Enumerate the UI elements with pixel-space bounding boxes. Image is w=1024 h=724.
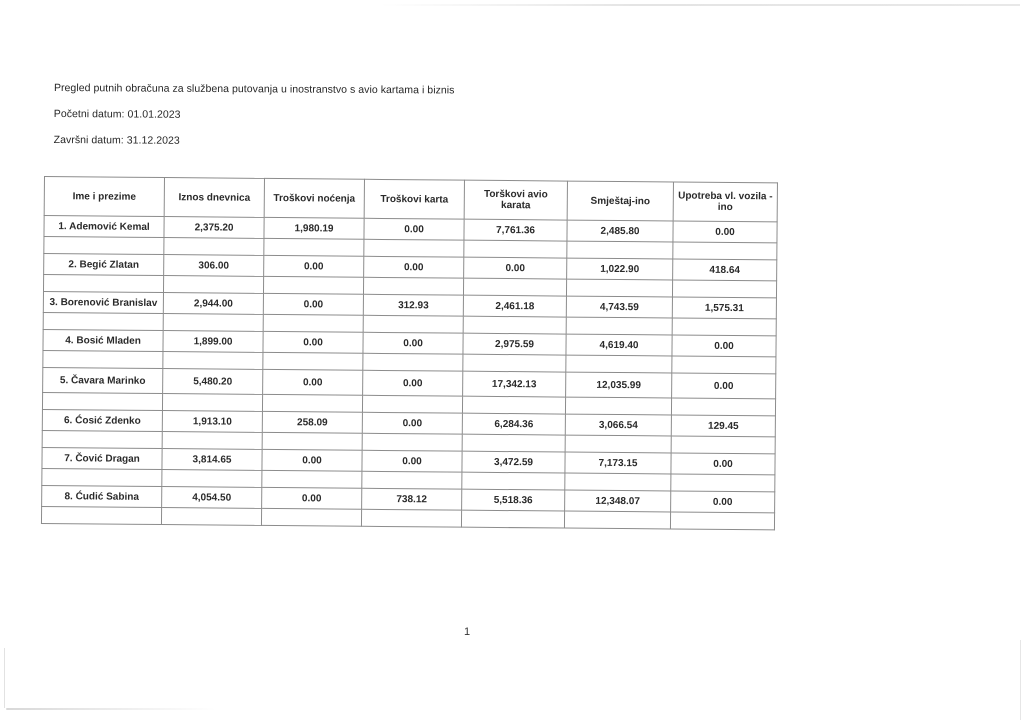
empty-cell — [262, 470, 362, 488]
empty-cell — [362, 471, 462, 489]
cell-own-vehicle-abroad: 0.00 — [671, 453, 775, 475]
cell-air-ticket-costs: 3,472.59 — [462, 451, 565, 473]
cell-own-vehicle-abroad: 418.64 — [673, 259, 777, 281]
empty-cell — [163, 352, 263, 370]
header-air-ticket-costs: Torškovi avio karata — [464, 180, 567, 220]
empty-cell — [263, 314, 363, 332]
cell-ticket-costs: 0.00 — [363, 370, 463, 396]
empty-cell — [362, 433, 462, 451]
cell-name: 2. Begić Zlatan — [44, 254, 164, 276]
empty-cell — [462, 434, 565, 452]
document-title: Pregled putnih obračuna za službena puto… — [54, 82, 455, 96]
cell-ticket-costs: 738.12 — [362, 488, 462, 510]
empty-cell — [672, 318, 776, 336]
cell-accommodation-costs: 0.00 — [263, 369, 363, 395]
cell-air-ticket-costs: 17,342.13 — [463, 371, 566, 397]
cell-per-diem: 1,913.10 — [162, 411, 262, 433]
empty-cell — [363, 277, 463, 295]
empty-cell — [462, 472, 565, 490]
scan-page-edge-right — [1020, 640, 1021, 720]
empty-cell — [263, 276, 363, 294]
cell-ticket-costs: 0.00 — [363, 332, 463, 354]
empty-cell — [263, 352, 363, 370]
empty-cell — [672, 280, 776, 298]
empty-cell — [43, 350, 163, 368]
empty-cell — [565, 435, 671, 453]
cell-per-diem: 1,899.00 — [163, 331, 263, 353]
empty-cell — [164, 238, 264, 256]
cell-name: 3. Borenović Branislav — [43, 291, 163, 313]
cell-name: 4. Bosić Mladen — [43, 329, 163, 351]
scan-page-edge-bottom — [6, 708, 216, 710]
header-name: Ime i prezime — [44, 177, 164, 217]
empty-cell — [463, 354, 566, 372]
empty-cell — [363, 315, 463, 333]
empty-cell — [464, 240, 567, 258]
cell-ticket-costs: 0.00 — [364, 256, 464, 278]
header-lodging-abroad: Smještaj-ino — [567, 181, 673, 221]
empty-cell — [161, 508, 261, 526]
header-own-vehicle-abroad: Upotreba vl. vozila - ino — [673, 182, 777, 222]
cell-lodging-abroad: 4,619.40 — [566, 334, 672, 356]
cell-name: 6. Ćosić Zdenko — [42, 409, 162, 431]
empty-cell — [672, 356, 776, 374]
table-header-row: Ime i prezime Iznos dnevnica Troškovi no… — [44, 177, 777, 222]
cell-own-vehicle-abroad: 0.00 — [672, 335, 776, 357]
empty-cell — [262, 432, 362, 450]
header-per-diem: Iznos dnevnica — [164, 178, 264, 218]
empty-cell — [42, 392, 162, 410]
cell-ticket-costs: 0.00 — [364, 218, 464, 240]
empty-cell — [261, 508, 361, 526]
empty-cell — [671, 398, 775, 416]
empty-cell — [564, 511, 670, 529]
empty-cell — [671, 474, 775, 492]
empty-cell — [363, 353, 463, 371]
cell-name: 5. Čavara Marinko — [43, 367, 163, 393]
empty-cell — [461, 510, 564, 528]
cell-lodging-abroad: 7,173.15 — [565, 452, 671, 474]
cell-per-diem: 2,375.20 — [164, 217, 264, 239]
cell-per-diem: 5,480.20 — [163, 369, 263, 395]
cell-air-ticket-costs: 7,761.36 — [464, 219, 567, 241]
document-header: Pregled putnih obračuna za službena puto… — [54, 82, 455, 162]
empty-cell — [262, 394, 362, 412]
empty-cell — [264, 238, 364, 256]
cell-own-vehicle-abroad: 0.00 — [673, 221, 777, 243]
cell-name: 7. Čović Dragan — [42, 447, 162, 469]
cell-accommodation-costs: 0.00 — [262, 449, 362, 471]
cell-accommodation-costs: 1,980.19 — [264, 217, 364, 239]
cell-accommodation-costs: 0.00 — [262, 487, 362, 509]
cell-per-diem: 306.00 — [164, 255, 264, 277]
cell-lodging-abroad: 1,022.90 — [567, 258, 673, 280]
empty-cell — [162, 432, 262, 450]
report-table-container: Ime i prezime Iznos dnevnica Troškovi no… — [41, 176, 778, 530]
empty-cell — [362, 395, 462, 413]
cell-name: 1. Ademović Kemal — [44, 216, 164, 238]
cell-lodging-abroad: 3,066.54 — [565, 414, 671, 436]
cell-air-ticket-costs: 0.00 — [464, 257, 567, 279]
empty-cell — [566, 279, 672, 297]
scan-page-edge-top — [380, 4, 1020, 6]
empty-cell — [43, 312, 163, 330]
scan-page-edge-left — [4, 648, 5, 708]
empty-cell — [162, 394, 262, 412]
cell-per-diem: 2,944.00 — [163, 293, 263, 315]
empty-cell — [361, 509, 461, 527]
empty-cell — [565, 397, 671, 415]
empty-cell — [42, 430, 162, 448]
cell-ticket-costs: 0.00 — [362, 412, 462, 434]
cell-own-vehicle-abroad: 1,575.31 — [672, 297, 776, 319]
empty-cell — [566, 317, 672, 335]
empty-cell — [364, 239, 464, 257]
cell-name: 8. Ćudić Sabina — [42, 485, 162, 507]
empty-cell — [565, 473, 671, 491]
header-accommodation-costs: Troškovi noćenja — [264, 178, 364, 218]
empty-cell — [163, 314, 263, 332]
cell-air-ticket-costs: 6,284.36 — [462, 413, 565, 435]
cell-own-vehicle-abroad: 0.00 — [671, 491, 775, 513]
end-date: Završni datum: 31.12.2023 — [54, 134, 455, 148]
cell-accommodation-costs: 0.00 — [264, 255, 364, 277]
cell-lodging-abroad: 12,348.07 — [565, 490, 671, 512]
empty-cell — [463, 278, 566, 296]
empty-cell — [567, 241, 673, 259]
cell-lodging-abroad: 12,035.99 — [566, 372, 672, 398]
empty-cell — [41, 506, 161, 524]
empty-cell — [670, 512, 774, 530]
empty-cell — [163, 276, 263, 294]
start-date: Početni datum: 01.01.2023 — [54, 108, 455, 122]
cell-lodging-abroad: 2,485.80 — [567, 220, 673, 242]
cell-ticket-costs: 0.00 — [362, 450, 462, 472]
cell-accommodation-costs: 0.00 — [263, 293, 363, 315]
empty-cell — [566, 355, 672, 373]
header-ticket-costs: Troškovi karta — [364, 179, 464, 219]
cell-per-diem: 3,814.65 — [162, 449, 262, 471]
cell-lodging-abroad: 4,743.59 — [566, 296, 672, 318]
empty-cell — [673, 242, 777, 260]
cell-own-vehicle-abroad: 129.45 — [671, 415, 775, 437]
page-number: 1 — [464, 626, 470, 638]
travel-expense-table: Ime i prezime Iznos dnevnica Troškovi no… — [41, 176, 778, 530]
cell-ticket-costs: 312.93 — [363, 294, 463, 316]
cell-per-diem: 4,054.50 — [162, 487, 262, 509]
cell-accommodation-costs: 258.09 — [262, 411, 362, 433]
empty-cell — [462, 396, 565, 414]
empty-cell — [671, 436, 775, 454]
empty-cell — [42, 468, 162, 486]
cell-air-ticket-costs: 5,518.36 — [462, 489, 565, 511]
empty-cell — [43, 275, 163, 293]
empty-cell — [44, 237, 164, 255]
empty-cell — [463, 316, 566, 334]
empty-cell — [162, 470, 262, 488]
cell-accommodation-costs: 0.00 — [263, 331, 363, 353]
cell-air-ticket-costs: 2,975.59 — [463, 333, 566, 355]
cell-air-ticket-costs: 2,461.18 — [463, 295, 566, 317]
cell-own-vehicle-abroad: 0.00 — [672, 373, 776, 399]
